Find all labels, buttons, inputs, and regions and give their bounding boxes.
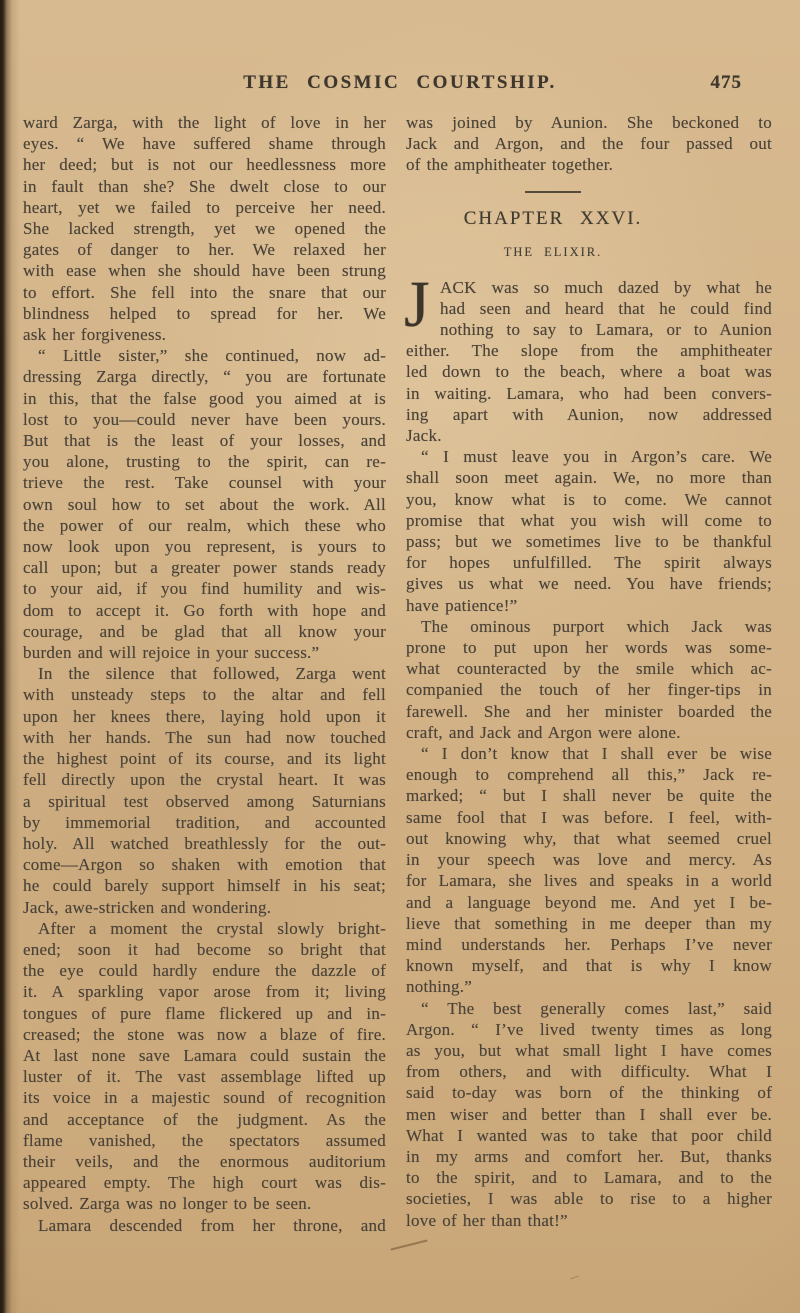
text-line: trieve the rest. Take counsel with your — [23, 472, 386, 493]
text-line: ACK was so much dazed by what he — [406, 277, 772, 298]
chapter-body: J ACK was so much dazed by what hehad se… — [406, 277, 772, 1231]
text-line: in fault than she? She dwelt close to ou… — [23, 176, 386, 197]
text-line: as you, but what small light I have come… — [406, 1040, 772, 1061]
text-line: and acceptance of the judgment. As the — [23, 1109, 386, 1130]
text-line: ward Zarga, with the light of love in he… — [23, 112, 386, 133]
text-line: their veils, and the enormous auditorium — [23, 1151, 386, 1172]
body-lines: ACK was so much dazed by what hehad seen… — [406, 277, 772, 1231]
text-line: gives us what we need. You have friends; — [406, 573, 772, 594]
text-line: fell directly upon the crystal heart. It… — [23, 769, 386, 790]
text-line: with ease when she should have been stru… — [23, 260, 386, 281]
text-line: She lacked strength, yet we opened the — [23, 218, 386, 239]
text-line: now look upon you represent, is yours to — [23, 536, 386, 557]
text-line: out knowing why, that what seemed cruel — [406, 828, 772, 849]
text-line: mind understands her. Perhaps I’ve never — [406, 934, 772, 955]
running-head-title: THE COSMIC COURTSHIP. — [243, 72, 557, 93]
text-column-right: was joined by Aunion. She beckoned toJac… — [406, 112, 772, 1231]
chapter-heading: CHAPTER XXVI. — [370, 207, 736, 231]
text-line: it. A sparkling vapor arose from it; liv… — [23, 981, 386, 1002]
text-line: love of her than that!” — [406, 1210, 772, 1231]
text-line: solved. Zarga was no longer to be seen. — [23, 1193, 386, 1214]
text-line: call upon; but a greater power stands re… — [23, 557, 386, 578]
text-line: creased; the stone was now a blaze of fi… — [23, 1024, 386, 1045]
text-line: Lamara descended from her throne, and — [23, 1215, 386, 1236]
text-line: what counteracted by the smile which ac- — [406, 658, 772, 679]
text-line: After a moment the crystal slowly bright… — [23, 918, 386, 939]
section-divider — [525, 191, 581, 193]
text-line: dressing Zarga directly, “ you are fortu… — [23, 366, 386, 387]
dropcap-letter: J — [404, 272, 430, 338]
text-line: ened; soon it had become so bright that — [23, 939, 386, 960]
book-page-scan: THE COSMIC COURTSHIP. 475 ward Zarga, wi… — [0, 0, 800, 1313]
text-line: tongues of pure flame flickered up and i… — [23, 1003, 386, 1024]
text-line: to your aid, if you find humility and wi… — [23, 578, 386, 599]
text-line: either. The slope from the amphitheater — [406, 340, 772, 361]
text-line: he could barely support himself in his s… — [23, 875, 386, 896]
text-column-left: ward Zarga, with the light of love in he… — [23, 112, 386, 1236]
text-line: and a language beyond me. And yet I be- — [406, 892, 772, 913]
text-line: her deed; but is not our heedlessness mo… — [23, 154, 386, 175]
text-line: ing apart with Aunion, now addressed — [406, 404, 772, 425]
text-line: gates of danger to her. We relaxed her — [23, 239, 386, 260]
text-line: farewell. She and her minister boarded t… — [406, 701, 772, 722]
text-line: Jack and Argon, and the four passed out — [406, 133, 772, 154]
paper-fleck-mark — [570, 1275, 579, 1279]
text-line: What I wanted was to take that poor chil… — [406, 1125, 772, 1146]
text-line: dom to accept it. Go forth with hope and — [23, 600, 386, 621]
text-line: had seen and heard that he could find — [406, 298, 772, 319]
text-line: enough to comprehend all this,” Jack re- — [406, 764, 772, 785]
text-line: holy. All watched breathlessly for the o… — [23, 833, 386, 854]
text-line: marked; “ but I shall never be quite the — [406, 785, 772, 806]
text-line: craft, and Jack and Argon were alone. — [406, 722, 772, 743]
text-line: flame vanished, the spectators assumed — [23, 1130, 386, 1151]
text-line: prone to put upon her words was some- — [406, 637, 772, 658]
text-line: the highest point of its course, and its… — [23, 748, 386, 769]
text-line: have patience!” — [406, 595, 772, 616]
text-line: “ Little sister,” she continued, now ad- — [23, 345, 386, 366]
text-line: societies, I was able to rise to a highe… — [406, 1188, 772, 1209]
text-line: Jack, awe-stricken and wondering. — [23, 897, 386, 918]
text-line: for hopes unfulfilled. The spirit always — [406, 552, 772, 573]
text-line: a spiritual test observed among Saturnia… — [23, 791, 386, 812]
text-line: own soul how to set about the work. All — [23, 494, 386, 515]
text-line: eyes. “ We have suffered shame through — [23, 133, 386, 154]
text-line: to effort. She fell into the snare that … — [23, 282, 386, 303]
text-line: promise that what you wish will come to — [406, 510, 772, 531]
text-line: come—Argon so shaken with emotion that — [23, 854, 386, 875]
text-line: of the amphitheater together. — [406, 154, 772, 175]
text-line: “ I don’t know that I shall ever be wise — [406, 743, 772, 764]
text-line: Jack. — [406, 425, 772, 446]
intro-paragraph: was joined by Aunion. She beckoned toJac… — [406, 112, 772, 176]
text-line: from others, and with difficulty. What I — [406, 1061, 772, 1082]
text-line: led down to the beach, where a boat was — [406, 361, 772, 382]
text-line: men wiser and better than I shall ever b… — [406, 1104, 772, 1125]
text-line: luster of it. The vast assemblage lifted… — [23, 1066, 386, 1087]
text-line: lost to you—could never have been yours. — [23, 409, 386, 430]
text-line: its voice in a majestic sound of recogni… — [23, 1087, 386, 1108]
text-line: with unsteady steps to the altar and fel… — [23, 684, 386, 705]
text-line: burden and will rejoice in your success.… — [23, 642, 386, 663]
text-line: upon her knees there, laying hold upon i… — [23, 706, 386, 727]
paper-scratch-mark — [390, 1239, 427, 1250]
text-line: in my arms and comfort her. But, thanks — [406, 1146, 772, 1167]
text-line: shall soon meet again. We, no more than — [406, 467, 772, 488]
text-line: heart, yet we failed to perceive her nee… — [23, 197, 386, 218]
text-line: courage, and be glad that all know your — [23, 621, 386, 642]
text-line: you, know what is to come. We cannot — [406, 489, 772, 510]
running-head: THE COSMIC COURTSHIP. 475 — [0, 72, 800, 94]
text-line: in waiting. Lamara, who had been convers… — [406, 383, 772, 404]
text-line: The ominous purport which Jack was — [406, 616, 772, 637]
text-line: Argon. “ I’ve lived twenty times as long — [406, 1019, 772, 1040]
text-line: by immemorial tradition, and accounted — [23, 812, 386, 833]
text-line: pass; but we sometimes live to be thankf… — [406, 531, 772, 552]
text-line: with her hands. The sun had now touched — [23, 727, 386, 748]
text-line: in this, that the false good you aimed a… — [23, 388, 386, 409]
text-line: in your speech was love and mercy. As — [406, 849, 772, 870]
chapter-subtitle: THE ELIXIR. — [370, 244, 736, 260]
text-line: to the spirit, and to Lamara, and to the — [406, 1167, 772, 1188]
text-line: appeared empty. The high court was dis- — [23, 1172, 386, 1193]
text-line: At last none save Lamara could sustain t… — [23, 1045, 386, 1066]
text-line: the eye could hardly endure the dazzle o… — [23, 960, 386, 981]
text-line: blindness helped to spread for her. We — [23, 303, 386, 324]
text-line: was joined by Aunion. She beckoned to — [406, 112, 772, 133]
text-line: the power of our realm, which these who — [23, 515, 386, 536]
text-line: In the silence that followed, Zarga went — [23, 663, 386, 684]
text-line: known myself, and that is why I know — [406, 955, 772, 976]
text-line: “ I must leave you in Argon’s care. We — [406, 446, 772, 467]
text-line: nothing to say to Lamara, or to Aunion — [406, 319, 772, 340]
text-line: you alone, trusting to the spirit, can r… — [23, 451, 386, 472]
text-line: said to-day was born of the thinking of — [406, 1082, 772, 1103]
text-line: “ The best generally comes last,” said — [406, 998, 772, 1019]
text-line: nothing.” — [406, 976, 772, 997]
text-line: same fool that I was before. I feel, wit… — [406, 807, 772, 828]
text-line: ask her forgiveness. — [23, 324, 386, 345]
text-line: for Lamara, she lives and speaks in a wo… — [406, 870, 772, 891]
text-line: But that is the least of your losses, an… — [23, 430, 386, 451]
page-number: 475 — [711, 72, 743, 94]
text-line: lieve that something in me deeper than m… — [406, 913, 772, 934]
text-line: companied the touch of her finger-tips i… — [406, 679, 772, 700]
